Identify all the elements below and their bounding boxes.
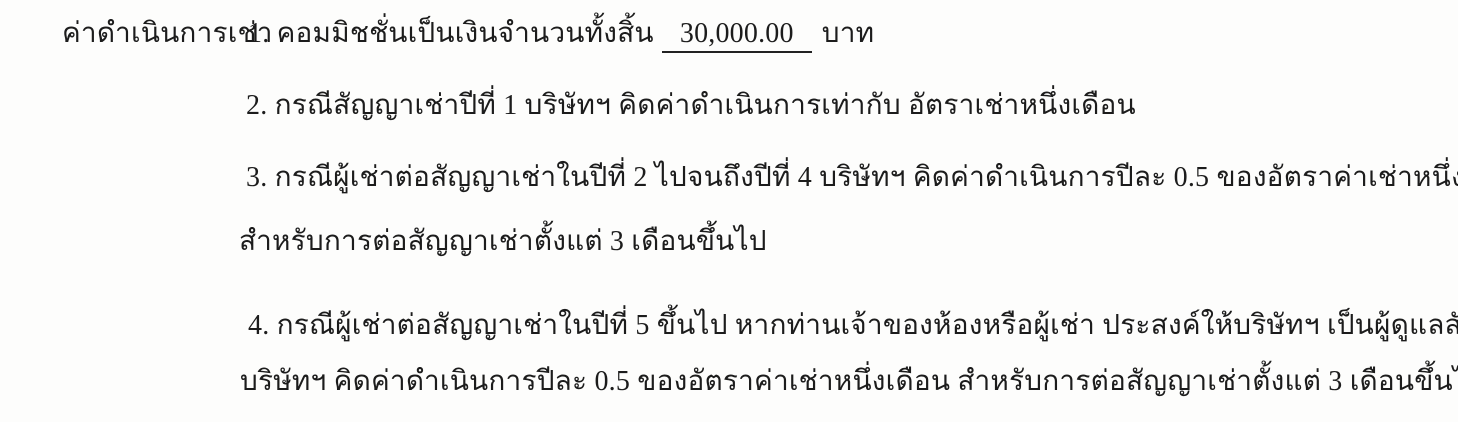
commission-amount-blank: 30,000.00 [662,18,812,53]
clause-4-line-1: 4. กรณีผู้เช่าต่อสัญญาเช่าในปีที่ 5 ขึ้น… [248,306,1458,345]
clause-1: 1. คอมมิชชั่นเป็นเงินจำนวนทั้งสิ้น30,000… [248,14,874,53]
clause-3-line-1: 3. กรณีผู้เช่าต่อสัญญาเช่าในปีที่ 2 ไปจน… [246,158,1458,197]
currency-unit-baht: บาท [822,18,875,49]
clause-3-line-2: สำหรับการต่อสัญญาเช่าตั้งแต่ 3 เดือนขึ้น… [239,222,767,261]
scanned-document-page: ค่าดำเนินการเช่า 1. คอมมิชชั่นเป็นเงินจำ… [0,0,1458,422]
clause-4-line-2: บริษัทฯ คิดค่าดำเนินการปีละ 0.5 ของอัตรา… [240,362,1458,401]
clause-1-text: 1. คอมมิชชั่นเป็นเงินจำนวนทั้งสิ้น [248,18,654,49]
clause-2: 2. กรณีสัญญาเช่าปีที่ 1 บริษัทฯ คิดค่าดำ… [246,86,1136,125]
section-label-rental-operation-fee: ค่าดำเนินการเช่า [62,14,273,53]
